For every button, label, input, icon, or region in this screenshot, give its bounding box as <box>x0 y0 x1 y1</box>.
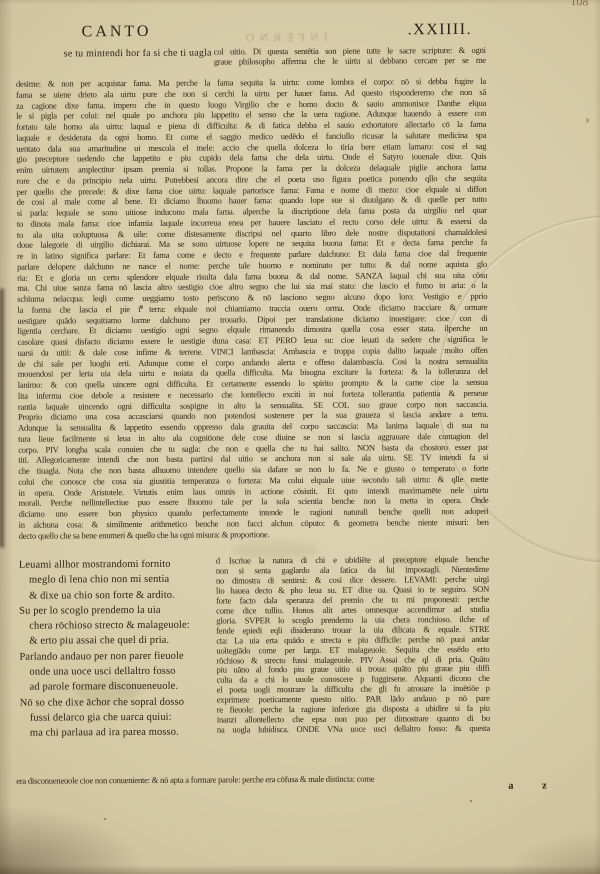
verse-line: ad parole formare disconueneuole. <box>20 679 217 696</box>
closing-line-block: era disconueneuole cioe non conueniente:… <box>16 773 492 787</box>
verse-line: Su per lo scoglo prendemo la uia <box>19 602 216 619</box>
verse-column: Leuami allhor mostrandomi fornito meglo … <box>19 557 217 742</box>
verse-line: Nō so che dixe āchor che sopral dosso <box>20 694 217 711</box>
verse-line: onde una uoce usci dellaltro fosso <box>19 664 216 681</box>
commentary-line: na uogla lubidisca. ONDE VNa uoce usci d… <box>217 724 490 736</box>
commentary-line: decto quello che sa bene enumeri & quell… <box>19 527 489 541</box>
verse-line: meglo di lena chio non mi sentia <box>19 572 216 589</box>
commentary-line: graue philosopho afferma che le uirtu si… <box>214 55 486 67</box>
verse-line: fussi delarco gia che uarca quiui: <box>20 709 217 726</box>
book-page: INFERNO CANTO .XXIIII. 108 se tu mintend… <box>0 0 600 874</box>
running-title-canto-number: .XXIIII. <box>408 21 473 39</box>
commentary-top-fragment: col uitio. Di questa sentētia son piene … <box>214 45 486 67</box>
verse-line: Parlando andauo per non parer fieuole <box>19 648 216 665</box>
quire-signature-mark: a z <box>508 780 560 791</box>
verse-line: & erto piu assai che quel di pria. <box>19 633 216 650</box>
verse-line: Leuami allhor mostrandomi fornito <box>19 557 216 573</box>
verse-and-commentary-section: Leuami allhor mostrandomi fornito meglo … <box>19 555 490 741</box>
verse-line: ma chi parlaua ad ira parea mosso. <box>20 725 217 742</box>
folio-number: 108 <box>570 0 589 10</box>
running-title-canto: CANTO <box>82 23 152 41</box>
commentary-column: dIscriue la natura di chi e ubidiēte al … <box>216 555 490 740</box>
verse-line: chera rōchioso strecto & malageuole: <box>19 618 216 635</box>
verse-line: se tu mintendi hor fa si che ti uagla <box>64 48 212 60</box>
commentary-block: desime: & non per acquistar fama. Ma per… <box>16 76 489 541</box>
commentary-line: era disconueneuole cioe non conueniente:… <box>16 773 492 787</box>
verse-line: & dixe ua chio son forte & ardito. <box>19 587 216 604</box>
bleedthrough-running-title: INFERNO <box>241 30 328 46</box>
